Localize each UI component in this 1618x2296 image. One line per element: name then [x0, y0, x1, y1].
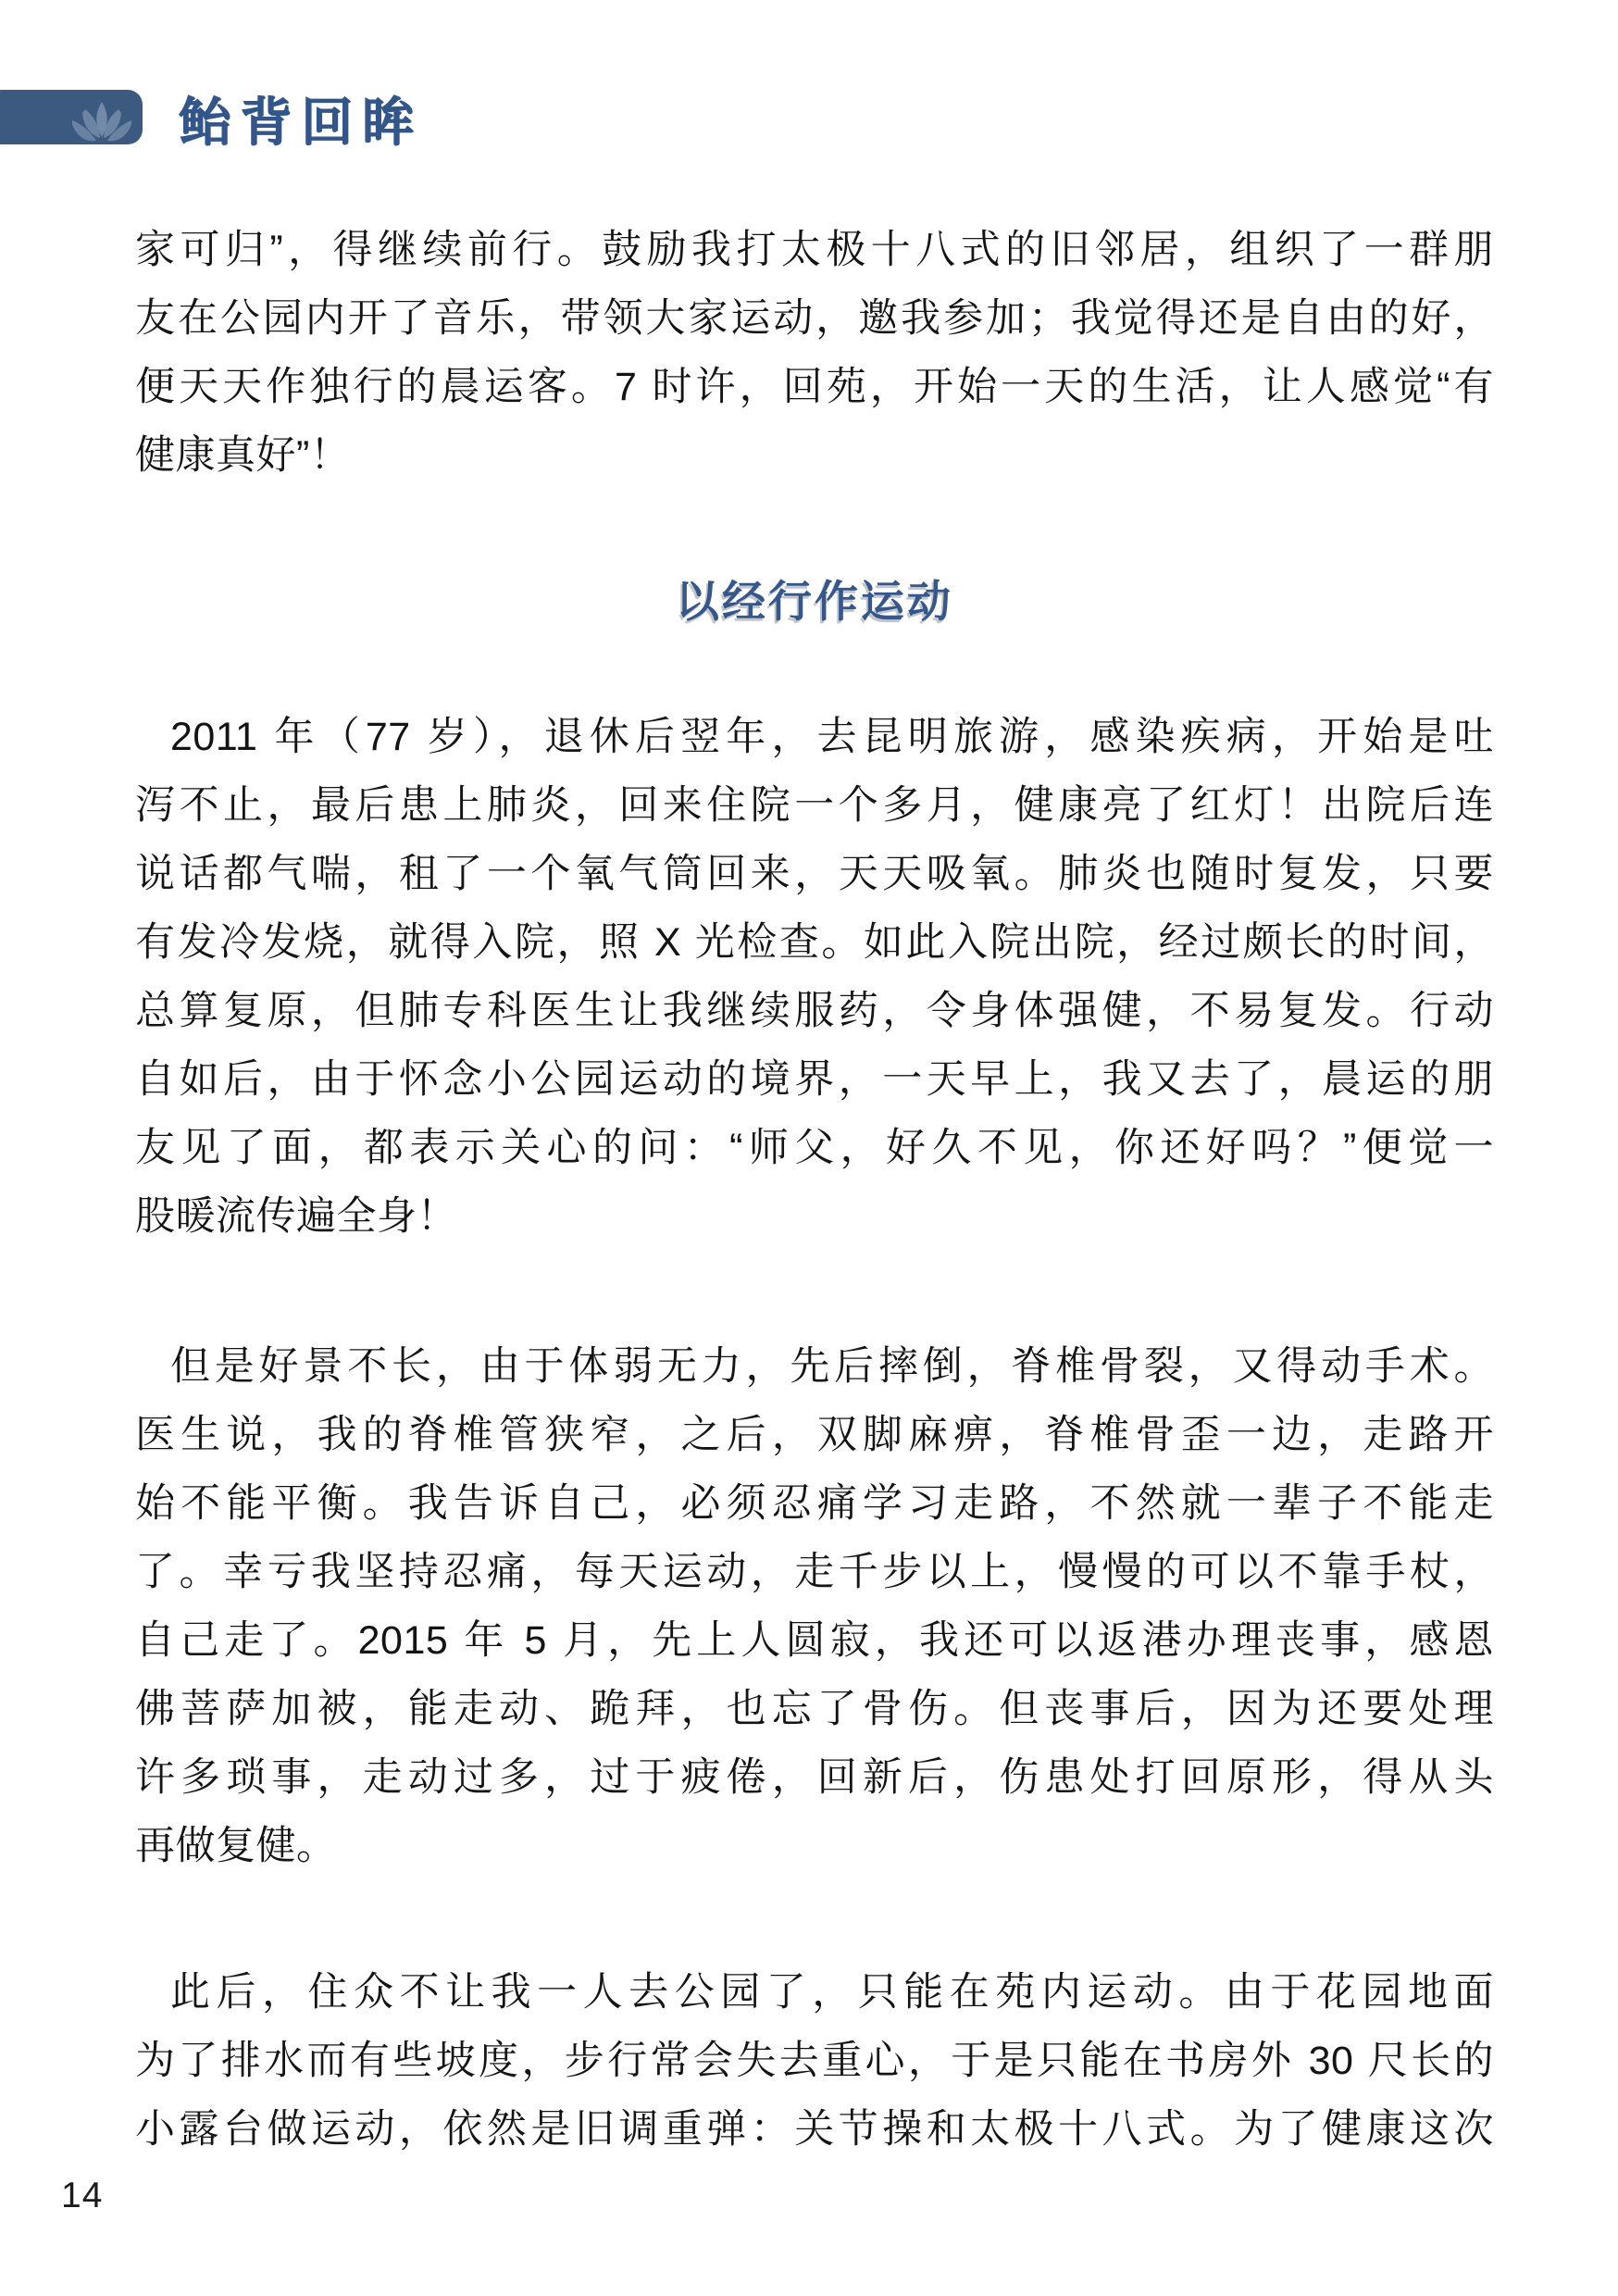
- body-line: 许多琐事，走动过多，过于疲倦，回新后，伤患处打回原形，得从头: [135, 1743, 1494, 1812]
- body-line: 医生说，我的脊椎管狭窄，之后，双脚麻痹，脊椎骨歪一边，走路开: [135, 1401, 1494, 1469]
- body-line: 2011 年（77 岁），退休后翌年，去昆明旅游，感染疾病，开始是吐: [135, 703, 1494, 771]
- body-line: 但是好景不长，由于体弱无力，先后摔倒，脊椎骨裂，又得动手术。: [135, 1332, 1494, 1401]
- body-line: 健康真好”！: [135, 421, 1494, 490]
- body-line: 小露台做运动，依然是旧调重弹：关节操和太极十八式。为了健康这次: [135, 2095, 1494, 2164]
- body-line: 泻不止，最后患上肺炎，回来住院一个多月，健康亮了红灯！出院后连: [135, 771, 1494, 840]
- body-line: 自如后，由于怀念小公园运动的境界，一天早上，我又去了，晨运的朋: [135, 1045, 1494, 1114]
- body-line: 说话都气喘，租了一个氧气筒回来，天天吸氧。肺炎也随时复发，只要: [135, 840, 1494, 908]
- page-number: 14: [61, 2176, 103, 2216]
- body-line: 了。幸亏我坚持忍痛，每天运动，走千步以上，慢慢的可以不靠手杖，: [135, 1538, 1494, 1606]
- body-line: 总算复原，但肺专科医生让我继续服药，令身体强健，不易复发。行动: [135, 977, 1494, 1045]
- body-line: 此后，住众不让我一人去公园了，只能在苑内运动。由于花园地面: [135, 1958, 1494, 2027]
- body-line: 友在公园内开了音乐，带领大家运动，邀我参加；我觉得还是自由的好，: [135, 284, 1494, 353]
- body-line: 股暖流传遍全身！: [135, 1182, 1494, 1251]
- body-line: 便天天作独行的晨运客。7 时许，回苑，开始一天的生活，让人感觉“有: [135, 353, 1494, 421]
- body-line: 再做复健。: [135, 1812, 1494, 1880]
- paragraph: 家可归”，得继续前行。鼓励我打太极十八式的旧邻居，组织了一群朋 友在公园内开了音…: [135, 216, 1494, 490]
- body-line: 始不能平衡。我告诉自己，必须忍痛学习走路，不然就一辈子不能走: [135, 1469, 1494, 1538]
- body-line: 为了排水而有些坡度，步行常会失去重心，于是只能在书房外 30 尺长的: [135, 2027, 1494, 2095]
- book-page: 鲐背回眸 家可归”，得继续前行。鼓励我打太极十八式的旧邻居，组织了一群朋 友在公…: [0, 0, 1618, 2296]
- paragraph: 此后，住众不让我一人去公园了，只能在苑内运动。由于花园地面 为了排水而有些坡度，…: [135, 1958, 1494, 2164]
- paragraph: 2011 年（77 岁），退休后翌年，去昆明旅游，感染疾病，开始是吐 泻不止，最…: [135, 703, 1494, 1251]
- paragraph: 但是好景不长，由于体弱无力，先后摔倒，脊椎骨裂，又得动手术。 医生说，我的脊椎管…: [135, 1332, 1494, 1880]
- chapter-title: 鲐背回眸: [179, 81, 423, 156]
- body-line: 佛菩萨加被，能走动、跪拜，也忘了骨伤。但丧事后，因为还要处理: [135, 1675, 1494, 1743]
- body-line: 有发冷发烧，就得入院，照 X 光检查。如此入院出院，经过颇长的时间，: [135, 908, 1494, 977]
- body-line: 友见了面，都表示关心的问：“师父，好久不见，你还好吗？”便觉一: [135, 1114, 1494, 1182]
- header-badge: [0, 90, 143, 144]
- chapter-header: 鲐背回眸: [0, 0, 1618, 167]
- body-line: 自己走了。2015 年 5 月，先上人圆寂，我还可以返港办理丧事，感恩: [135, 1606, 1494, 1675]
- text-column: 家可归”，得继续前行。鼓励我打太极十八式的旧邻居，组织了一群朋 友在公园内开了音…: [135, 216, 1494, 2164]
- body-line: 家可归”，得继续前行。鼓励我打太极十八式的旧邻居，组织了一群朋: [135, 216, 1494, 284]
- section-heading: 以经行作运动: [135, 560, 1494, 643]
